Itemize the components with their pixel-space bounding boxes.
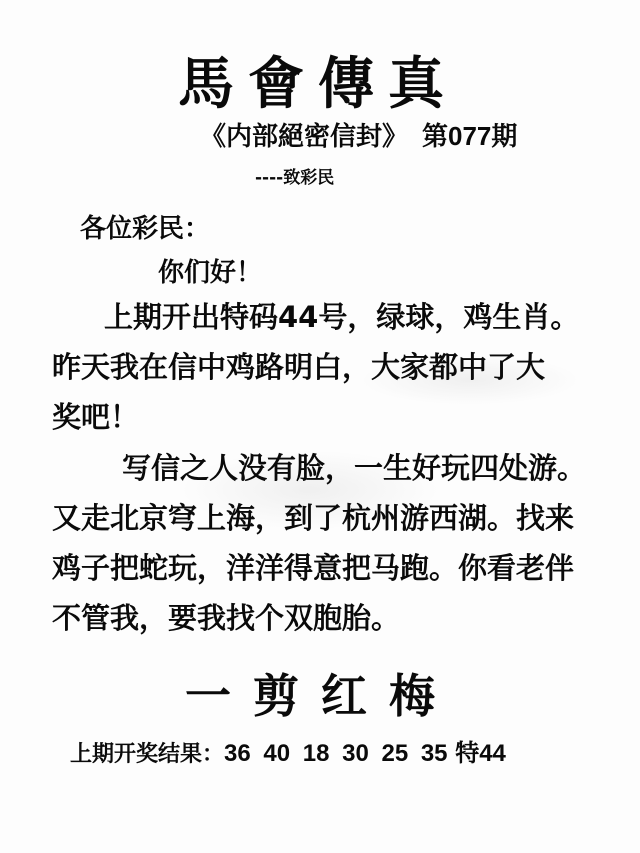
previous-results: 上期开奖结果：36 40 18 30 25 35 特44 <box>70 733 506 768</box>
issue-number: 第077期 <box>422 121 517 151</box>
results-label: 上期开奖结果： <box>70 742 224 767</box>
document-title: 馬會傳真 <box>178 40 458 120</box>
greeting: 你们好！ <box>158 252 262 289</box>
paragraph-line: 写信之人没有脸，一生好玩四处游。 <box>52 443 586 493</box>
paragraph-line: 奖吧！ <box>52 392 579 442</box>
paragraph-line: 不管我，要我找个双胞胎。 <box>52 593 586 643</box>
poem-title: 一剪红梅 <box>185 660 457 726</box>
results-numbers: 36 40 18 30 25 35 <box>224 740 448 767</box>
paragraph-2: 写信之人没有脸，一生好玩四处游。 又走北京穹上海，到了杭州游西湖。找来 鸡子把蛇… <box>52 443 586 643</box>
salutation: 各位彩民： <box>80 208 210 245</box>
document-subtitle: 《内部絕密信封》第077期 <box>200 116 517 153</box>
paragraph-line: 上期开出特码44号，绿球，鸡生肖。 <box>52 292 579 342</box>
paragraph-line: 昨天我在信中鸡路明白，大家都中了大 <box>52 342 579 392</box>
fax-document-page: 馬會傳真 《内部絕密信封》第077期 ----致彩民 各位彩民： 你们好！ 上期… <box>0 0 640 853</box>
envelope-label: 《内部絕密信封》 <box>200 122 408 152</box>
paragraph-line: 又走北京穹上海，到了杭州游西湖。找来 <box>52 493 586 543</box>
addressee: ----致彩民 <box>255 163 334 188</box>
paragraph-1: 上期开出特码44号，绿球，鸡生肖。 昨天我在信中鸡路明白，大家都中了大 奖吧！ <box>52 292 579 442</box>
results-special: 特44 <box>455 740 506 767</box>
paragraph-line: 鸡子把蛇玩，洋洋得意把马跑。你看老伴 <box>52 543 586 593</box>
